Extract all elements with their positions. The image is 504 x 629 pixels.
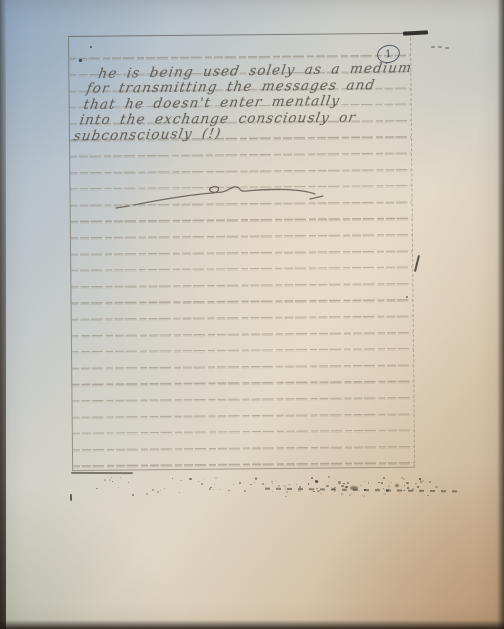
bottom-left-dark-line bbox=[71, 472, 133, 474]
toner-speck bbox=[96, 488, 98, 489]
toner-speck bbox=[417, 486, 419, 487]
toner-speck bbox=[311, 477, 313, 479]
flourish-divider-icon bbox=[113, 182, 333, 214]
toner-speck bbox=[381, 482, 383, 483]
toner-speck bbox=[412, 488, 415, 490]
toner-speck bbox=[109, 479, 111, 481]
toner-speck bbox=[435, 486, 437, 488]
toner-speck bbox=[406, 482, 409, 484]
toner-speck bbox=[285, 496, 287, 497]
toner-speck bbox=[255, 478, 257, 480]
toner-speck bbox=[286, 491, 288, 493]
toner-speck bbox=[420, 480, 421, 481]
toner-speck bbox=[213, 489, 214, 490]
toner-speck bbox=[228, 490, 229, 491]
ink-dot bbox=[90, 46, 92, 48]
toner-speck bbox=[215, 477, 217, 479]
ink-dot bbox=[79, 59, 82, 62]
toner-speck bbox=[146, 493, 148, 495]
toner-speck bbox=[239, 482, 241, 484]
toner-speck bbox=[278, 485, 280, 486]
photographed-handwritten-page: { "document": { "page_number": "1", "lin… bbox=[0, 0, 504, 629]
toner-speck bbox=[300, 488, 301, 489]
top-dash-mark bbox=[431, 46, 435, 48]
toner-speck bbox=[132, 494, 134, 496]
toner-speck bbox=[219, 489, 221, 490]
page-number-text: 1 bbox=[384, 48, 393, 60]
toner-speck bbox=[343, 494, 344, 495]
toner-speck bbox=[419, 478, 421, 479]
toner-speck bbox=[189, 478, 191, 480]
toner-smudge bbox=[395, 484, 399, 487]
toner-speck bbox=[313, 491, 315, 492]
toner-speck bbox=[338, 481, 341, 483]
toner-speck bbox=[285, 487, 286, 488]
toner-speck bbox=[391, 482, 392, 483]
handwriting-line: subconsciously (!) bbox=[73, 126, 223, 145]
toner-speck bbox=[383, 477, 385, 479]
toner-speck bbox=[422, 480, 425, 482]
toner-speck bbox=[209, 488, 211, 490]
toner-speck bbox=[180, 480, 182, 481]
toner-speck bbox=[262, 483, 264, 485]
toner-speck bbox=[388, 485, 390, 487]
toner-speck bbox=[298, 490, 301, 492]
toner-speck bbox=[332, 488, 334, 490]
toner-speck bbox=[403, 478, 405, 480]
toner-speck bbox=[347, 482, 349, 484]
toner-speck bbox=[407, 487, 409, 488]
toner-speck bbox=[210, 487, 211, 488]
toner-speck bbox=[344, 489, 345, 490]
toner-speck bbox=[315, 480, 318, 482]
toner-speck bbox=[308, 483, 310, 484]
top-dash-mark bbox=[438, 46, 442, 48]
toner-speck bbox=[403, 490, 404, 491]
toner-speck bbox=[111, 477, 112, 478]
toner-speck bbox=[383, 493, 385, 495]
top-dash-mark bbox=[445, 47, 449, 49]
toner-speck bbox=[343, 483, 344, 484]
toner-speck bbox=[233, 484, 234, 485]
toner-speck bbox=[326, 485, 329, 487]
toner-speck bbox=[316, 488, 318, 490]
ink-dot bbox=[406, 296, 408, 298]
bottom-tick-mark bbox=[70, 494, 72, 501]
